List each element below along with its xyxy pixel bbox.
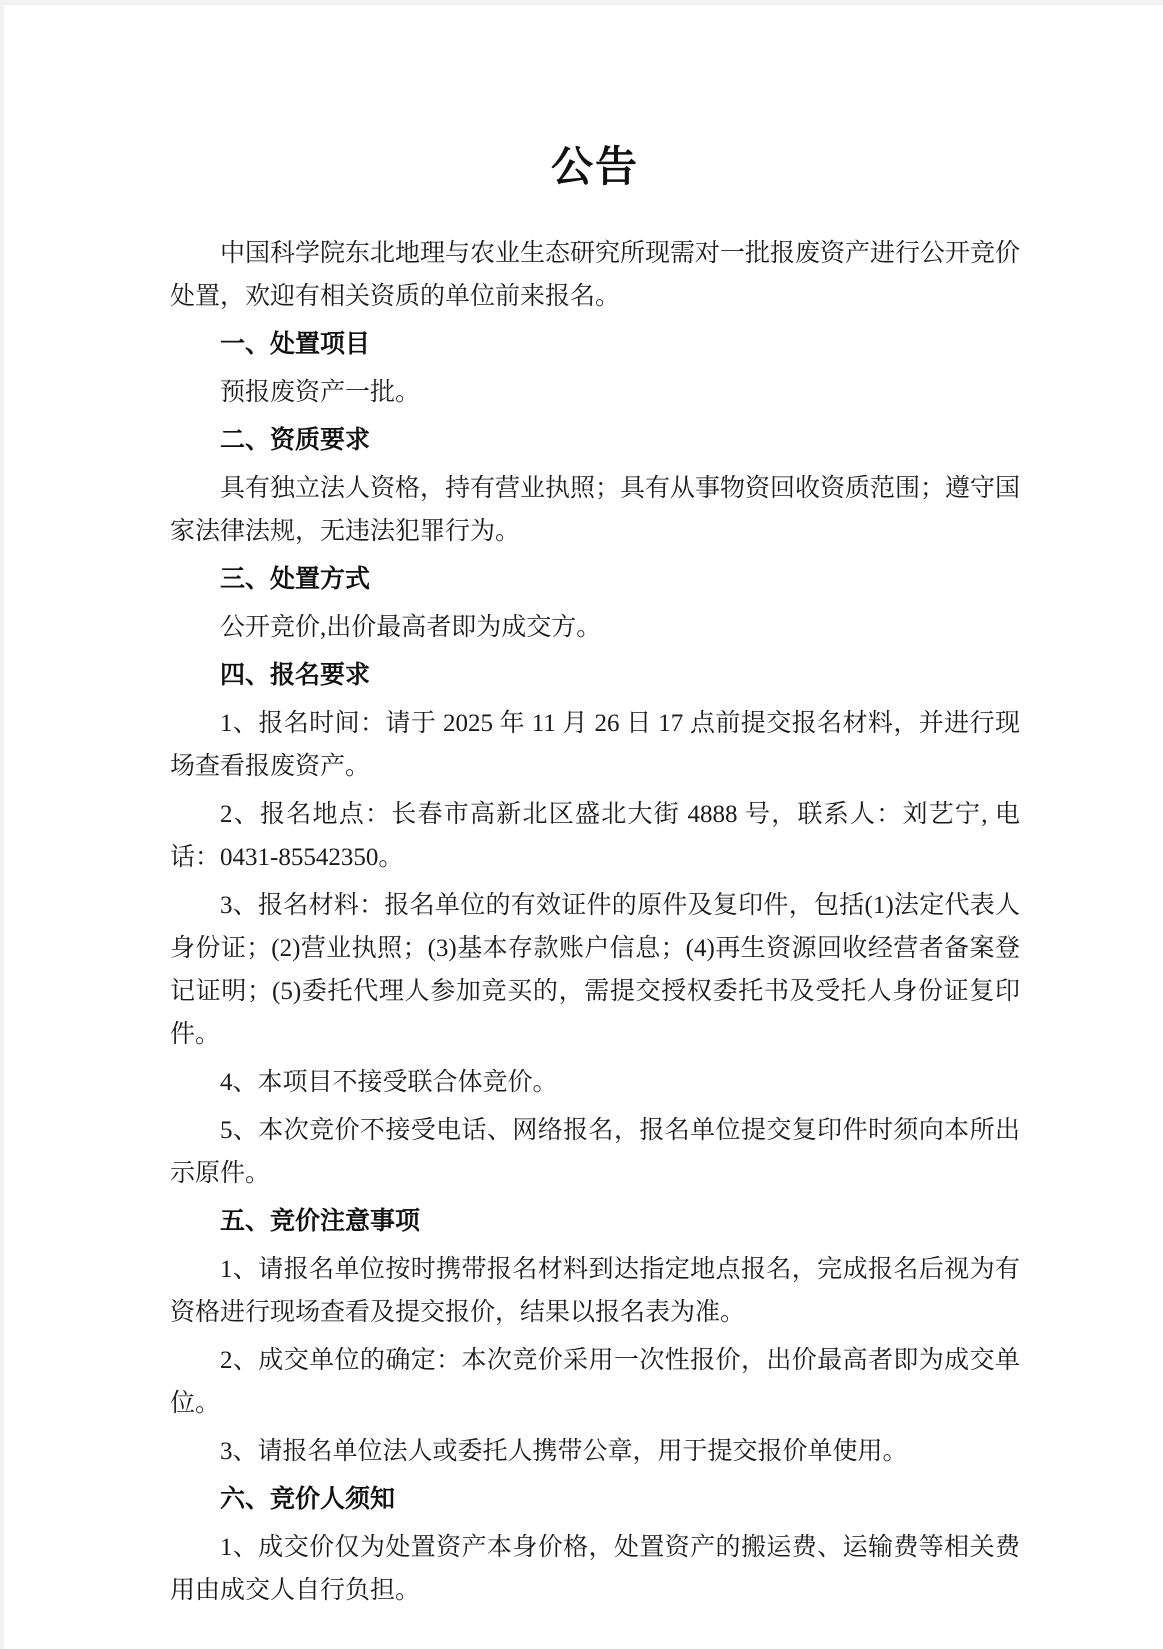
document-paragraph: 预报废资产一批。: [170, 371, 1020, 414]
document-paragraph: 中国科学院东北地理与农业生态研究所现需对一批报废资产进行公开竞价处置，欢迎有相关…: [170, 232, 1020, 318]
document-paragraph: 1、请报名单位按时携带报名材料到达指定地点报名，完成报名后视为有资格进行现场查看…: [170, 1248, 1020, 1334]
document-content: 公告 中国科学院东北地理与农业生态研究所现需对一批报废资产进行公开竞价处置，欢迎…: [170, 0, 1020, 1617]
document-paragraph: 1、报名时间：请于 2025 年 11 月 26 日 17 点前提交报名材料，并…: [170, 702, 1020, 788]
section-heading: 四、报名要求: [170, 654, 1020, 697]
document-paragraph: 公开竞价,出价最高者即为成交方。: [170, 606, 1020, 649]
section-heading: 三、处置方式: [170, 558, 1020, 601]
document-paragraph: 4、本项目不接受联合体竞价。: [170, 1061, 1020, 1104]
page-left-edge: [0, 0, 4, 1649]
document-paragraph: 1、成交价仅为处置资产本身价格，处置资产的搬运费、运输费等相关费用由成交人自行负…: [170, 1526, 1020, 1612]
section-heading: 一、处置项目: [170, 323, 1020, 366]
document-paragraph: 2、成交单位的确定：本次竞价采用一次性报价，出价最高者即为成交单位。: [170, 1339, 1020, 1425]
section-heading: 五、竞价注意事项: [170, 1200, 1020, 1243]
document-paragraph: 5、本次竞价不接受电话、网络报名，报名单位提交复印件时须向本所出示原件。: [170, 1109, 1020, 1195]
document-paragraph: 具有独立法人资格，持有营业执照；具有从事物资回收资质范围；遵守国家法律法规，无违…: [170, 467, 1020, 553]
document-page: 公告 中国科学院东北地理与农业生态研究所现需对一批报废资产进行公开竞价处置，欢迎…: [0, 0, 1163, 1649]
section-heading: 六、竞价人须知: [170, 1478, 1020, 1521]
document-paragraph: 3、报名材料：报名单位的有效证件的原件及复印件，包括(1)法定代表人身份证；(2…: [170, 884, 1020, 1056]
document-paragraph: 2、报名地点：长春市高新北区盛北大街 4888 号，联系人：刘艺宁, 电话：04…: [170, 793, 1020, 879]
document-title: 公告: [170, 140, 1020, 196]
section-heading: 二、资质要求: [170, 419, 1020, 462]
document-paragraph: 3、请报名单位法人或委托人携带公章，用于提交报价单使用。: [170, 1430, 1020, 1473]
document-body: 中国科学院东北地理与农业生态研究所现需对一批报废资产进行公开竞价处置，欢迎有相关…: [170, 232, 1020, 1612]
